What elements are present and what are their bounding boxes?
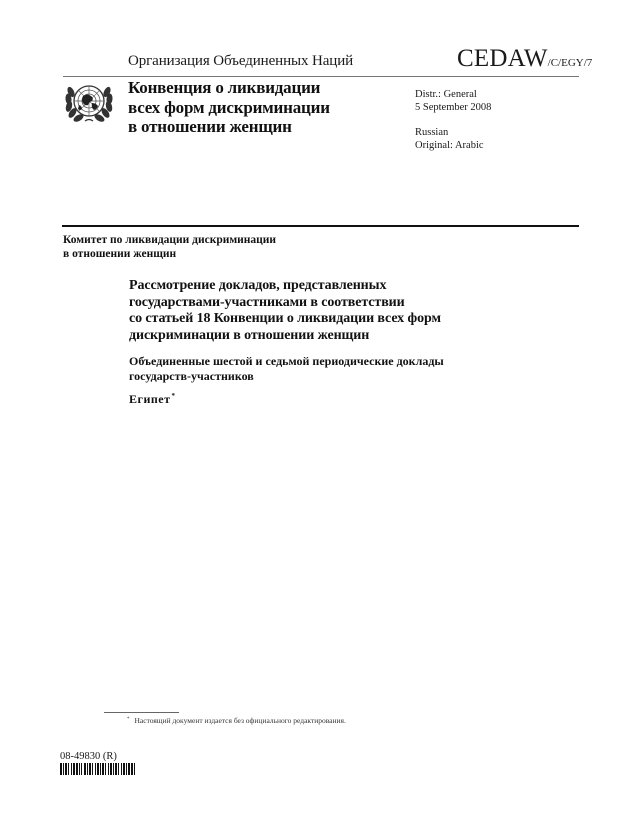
section-rule xyxy=(62,225,579,227)
committee-line: в отношении женщин xyxy=(63,247,276,261)
document-date: 5 September 2008 xyxy=(415,101,491,114)
agenda-heading-line: Рассмотрение докладов, представленных xyxy=(129,278,441,295)
footnote-reference[interactable]: * xyxy=(172,392,176,400)
job-number: 08-49830 (R) xyxy=(60,751,117,762)
barcode-icon xyxy=(60,763,153,775)
country-label: Египет xyxy=(129,392,171,406)
document-symbol: CEDAW/C/EGY/7 xyxy=(457,45,592,73)
document-language: Russian xyxy=(415,126,491,139)
footnote-mark: * xyxy=(127,717,130,722)
document-metadata: Distr.: General 5 September 2008 Russian… xyxy=(415,88,491,152)
original-language: Original: Arabic xyxy=(415,139,491,152)
footnote-rule xyxy=(104,712,179,713)
convention-title-line: Конвенция о ликвидации xyxy=(128,78,330,98)
un-emblem-icon xyxy=(63,80,115,124)
agenda-heading-line: со статьей 18 Конвенции о ликвидации все… xyxy=(129,311,441,328)
convention-title-line: в отношении женщин xyxy=(128,117,330,137)
header-rule xyxy=(63,76,579,77)
footnote-text: Настоящий документ издается без официаль… xyxy=(135,716,346,725)
convention-title: Конвенция о ликвидации всех форм дискрим… xyxy=(128,78,330,137)
agenda-heading: Рассмотрение докладов, представленных го… xyxy=(129,278,441,344)
report-subtitle: Объединенные шестой и седьмой периодичес… xyxy=(129,354,444,383)
document-symbol-suffix: /C/EGY/7 xyxy=(548,57,593,69)
convention-title-line: всех форм дискриминации xyxy=(128,98,330,118)
distribution: Distr.: General xyxy=(415,88,491,101)
committee-line: Комитет по ликвидации дискриминации xyxy=(63,233,276,247)
footnote: *Настоящий документ издается без официал… xyxy=(127,716,346,725)
document-symbol-main: CEDAW xyxy=(457,45,548,72)
organization-name: Организация Объединенных Наций xyxy=(128,53,353,70)
committee-name: Комитет по ликвидации дискриминации в от… xyxy=(63,233,276,261)
report-subtitle-line: государств-участников xyxy=(129,369,444,384)
country-name: Египет* xyxy=(129,392,176,407)
agenda-heading-line: дискриминации в отношении женщин xyxy=(129,328,441,345)
report-subtitle-line: Объединенные шестой и седьмой периодичес… xyxy=(129,354,444,369)
agenda-heading-line: государствами-участниками в соответствии xyxy=(129,295,441,312)
